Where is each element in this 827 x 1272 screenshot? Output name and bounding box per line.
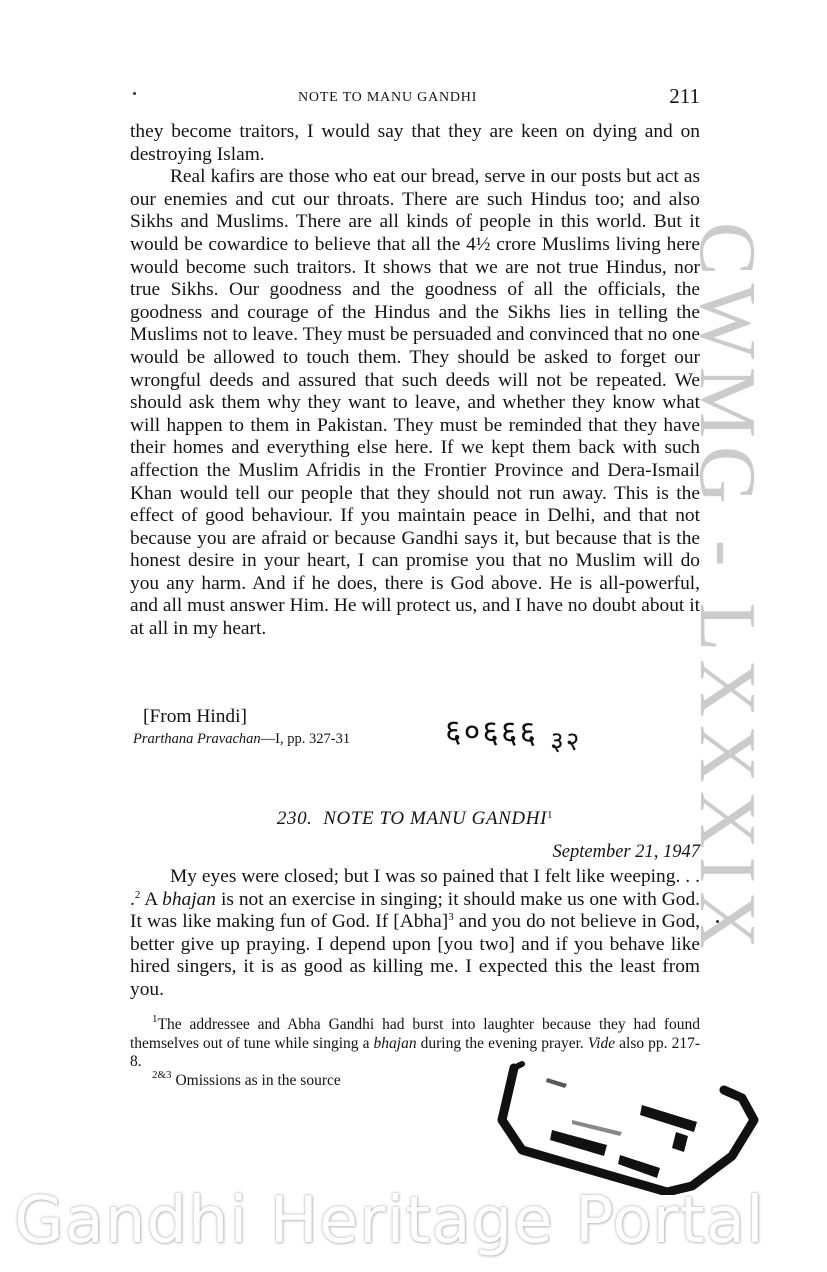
handwritten-suffix: ३२ (550, 727, 582, 758)
footnote-marker: 2&3 (152, 1069, 172, 1081)
scan-speck (716, 920, 719, 923)
preceding-item-body: they become traitors, I would say that t… (130, 121, 700, 641)
translation-note: [From Hindi] (143, 706, 247, 728)
side-watermark: CWMG - LXXXIX (692, 222, 762, 1042)
section-number: 230. (277, 808, 313, 829)
text-run: Omissions as in the source (175, 1072, 340, 1089)
handwritten-annotation: ६०६६६ ३२ (445, 709, 582, 754)
citation-title: Prarthana Pravachan (133, 731, 261, 747)
section-heading: 230. NOTE TO MANU GANDHI1 (130, 808, 700, 830)
italic-term: Vide (588, 1035, 615, 1052)
footnote-ref: 1 (547, 809, 553, 821)
paragraph: Real kafirs are those who eat our bread,… (130, 166, 700, 640)
citation-pages: —I, pp. 327-31 (261, 731, 350, 747)
running-head: NOTE TO MANU GANDHI 211 (130, 88, 700, 112)
section-title: NOTE TO MANU GANDHI (323, 808, 547, 829)
document-page: NOTE TO MANU GANDHI 211 they become trai… (0, 0, 827, 1272)
italic-term: bhajan (162, 889, 216, 910)
page-number: 211 (669, 84, 700, 109)
paragraph: they become traitors, I would say that t… (130, 121, 700, 166)
scan-speck (133, 92, 136, 95)
dateline: September 21, 1947 (130, 842, 700, 863)
text-run: during the evening prayer. (417, 1035, 588, 1052)
source-block: [From Hindi] Prarthana Pravachan—I, pp. … (143, 706, 703, 766)
source-citation: Prarthana Pravachan—I, pp. 327-31 (133, 731, 350, 748)
note-body: My eyes were closed; but I was so pained… (130, 866, 700, 1002)
ink-stamp-icon (492, 1060, 762, 1195)
running-head-title: NOTE TO MANU GANDHI (298, 90, 477, 106)
text-run: A (140, 889, 162, 910)
handwritten-number: ६०६६६ (445, 712, 539, 752)
italic-term: bhajan (374, 1035, 417, 1052)
paragraph: My eyes were closed; but I was so pained… (130, 866, 700, 1002)
bottom-watermark: Gandhi Heritage Portal (14, 1184, 824, 1264)
